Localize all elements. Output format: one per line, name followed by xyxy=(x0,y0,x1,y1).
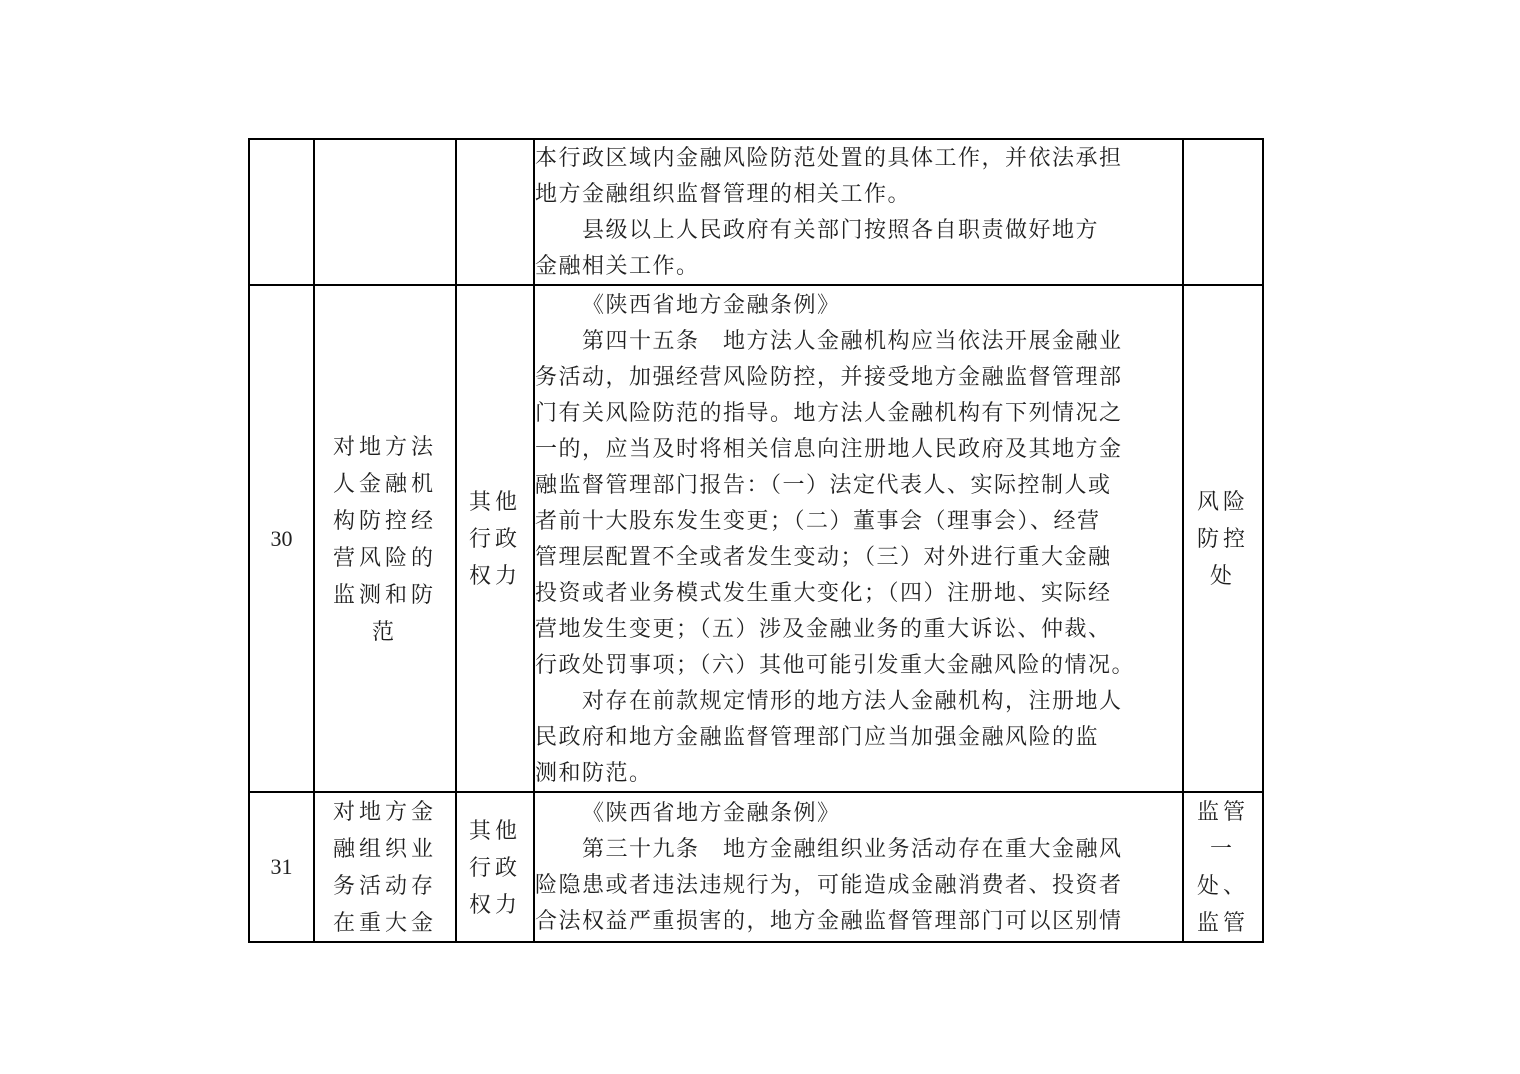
department: 风险 防控 处 xyxy=(1197,483,1249,594)
item-name-cell: 对地方法 人金融机 构防控经 营风险的 监测和防 范 xyxy=(314,285,456,792)
row-number-cell xyxy=(249,139,314,285)
power-type-cell: 其他 行政 权力 xyxy=(456,792,534,942)
power-type: 其他 行政 权力 xyxy=(469,812,521,923)
item-name-cell xyxy=(314,139,456,285)
item-name-cell: 对地方金 融组织业 务活动存 在重大金 xyxy=(314,792,456,942)
legal-powers-table: 本行政区域内金融风险防范处置的具体工作，并依法承担 地方金融组织监督管理的相关工… xyxy=(248,138,1264,943)
row-number-cell: 30 xyxy=(249,285,314,792)
legal-basis-paragraph: 第四十五条 地方法人金融机构应当依法开展金融业 务活动，加强经营风险防控，并接受… xyxy=(535,323,1182,683)
legal-basis-cell: 《陕西省地方金融条例》 第四十五条 地方法人金融机构应当依法开展金融业 务活动，… xyxy=(534,285,1183,792)
department-cell: 风险 防控 处 xyxy=(1183,285,1263,792)
legal-basis-paragraph: 第三十九条 地方金融组织业务活动存在重大金融风 险隐患或者违法违规行为，可能造成… xyxy=(535,831,1182,939)
department: 监管 一 处、 监管 xyxy=(1197,793,1249,941)
table-row-continuation: 本行政区域内金融风险防范处置的具体工作，并依法承担 地方金融组织监督管理的相关工… xyxy=(249,139,1263,285)
legal-basis-paragraph: 《陕西省地方金融条例》 xyxy=(535,287,1182,323)
department-cell: 监管 一 处、 监管 xyxy=(1183,792,1263,942)
power-type-cell: 其他 行政 权力 xyxy=(456,285,534,792)
legal-basis-cell: 本行政区域内金融风险防范处置的具体工作，并依法承担 地方金融组织监督管理的相关工… xyxy=(534,139,1183,285)
table-row-31: 31 对地方金 融组织业 务活动存 在重大金 其他 行政 权力 《陕西省地方金融… xyxy=(249,792,1263,942)
power-type: 其他 行政 权力 xyxy=(469,483,521,594)
legal-basis-paragraph: 县级以上人民政府有关部门按照各自职责做好地方 金融相关工作。 xyxy=(535,212,1182,284)
item-name: 对地方法 人金融机 构防控经 营风险的 监测和防 范 xyxy=(333,428,437,650)
legal-basis-paragraph: 本行政区域内金融风险防范处置的具体工作，并依法承担 地方金融组织监督管理的相关工… xyxy=(535,140,1182,212)
power-type-cell xyxy=(456,139,534,285)
item-name: 对地方金 融组织业 务活动存 在重大金 xyxy=(333,793,437,941)
row-number: 31 xyxy=(271,854,293,879)
legal-basis-cell: 《陕西省地方金融条例》 第三十九条 地方金融组织业务活动存在重大金融风 险隐患或… xyxy=(534,792,1183,942)
department-cell xyxy=(1183,139,1263,285)
legal-basis-paragraph: 《陕西省地方金融条例》 xyxy=(535,795,1182,831)
table-row-30: 30 对地方法 人金融机 构防控经 营风险的 监测和防 范 其他 行政 权力 《… xyxy=(249,285,1263,792)
row-number-cell: 31 xyxy=(249,792,314,942)
legal-basis-paragraph: 对存在前款规定情形的地方法人金融机构，注册地人 民政府和地方金融监督管理部门应当… xyxy=(535,683,1182,791)
row-number: 30 xyxy=(271,526,293,551)
document-page: 本行政区域内金融风险防范处置的具体工作，并依法承担 地方金融组织监督管理的相关工… xyxy=(0,0,1520,1074)
